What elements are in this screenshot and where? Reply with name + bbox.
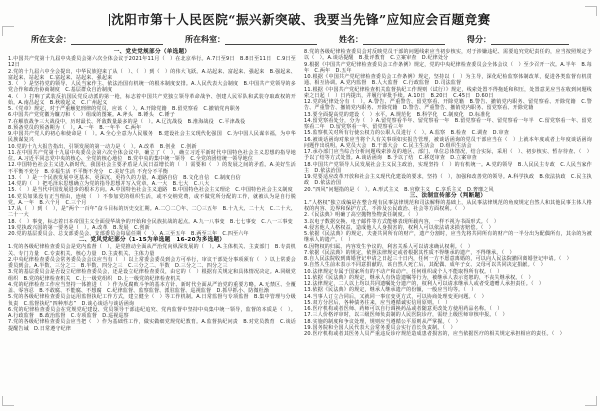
section-heading: 一、党史党规部分（单选题）	[8, 49, 296, 56]
question: 2.党的十九届六中全会提出，中华民族迎来了从（ ）、（ ）到（ ）的伟大飞跃。A…	[8, 69, 296, 82]
question: 16.被谈话函询对象应当将个人有关事项如实报告管理，被谈话函询的党员干部应当在（…	[304, 137, 592, 150]
question: 12.党的纪律处分有（ ）。A.警告、严重警告、留党察看、开除党籍 B.警告、撤…	[304, 99, 592, 112]
field-department-label: 所在科室：	[185, 34, 225, 45]
question: 3.（ ）是坚持党的领导、人民当家作主、依法治国有机统一的根本制度安排。A.人民…	[8, 81, 296, 94]
question: 11.在中国共产党第十九届中央委员会第六次全体会议中，确立了（ ），确立习近平新…	[8, 150, 296, 163]
question: 3.党的基层委员会是否设立纪律检查委员会，还是设立纪律检查委员，由它的（ ）根据…	[8, 269, 296, 282]
question: 18.（ ）事变，标志着日本帝国主义全面侵华战争的开始和全民族抗战的起点。A.九…	[8, 219, 296, 225]
quiz-sheet: 沈阳市第十人民医院“振兴新突破、我要当先锋”应知应会百题竞赛 所在支会： 所在科…	[0, 0, 600, 411]
page-title-text: 沈阳市第十人民医院“振兴新突破、我要当先锋”应知应会百题竞赛	[111, 12, 490, 27]
field-department: 所在科室：	[185, 34, 317, 45]
field-department-blank	[225, 35, 317, 45]
question: 8.党的各级纪律检查委员会对反映党员干部的问题线索应当初步核实，对于涉嫌违纪、需…	[304, 49, 592, 62]
question: 11.根据《中国共产党纪律检查机关监督执纪工作规则（试行）》规定，线索处置不得拖…	[304, 87, 592, 100]
question: 10.根据《中国共产党纪律检查委员会工作条例》规定，坚持以（ ）为主导，深化纪检…	[304, 74, 592, 87]
question: 4.（ ）打响了武装反抗国民党反动派的第一枪，标志着中国共产党独立领导革命战争、…	[8, 94, 296, 107]
question: 16.党员如果没有正当理由，连续（ ）不参加党的组织生活，或不交纳党费，或不做党…	[8, 194, 296, 207]
field-score: 得分：	[467, 34, 569, 45]
header-fields: 所在支会： 所在科室： 姓名： 得分：	[0, 34, 600, 45]
question: 1.党的各级纪律检查委员会是党内监督（ ），是党推动全面从严治党向纵深发展的（ …	[8, 244, 296, 257]
scan-corner-mark	[585, 396, 597, 406]
field-branch: 所在支会：	[31, 34, 163, 45]
question: 7.党的各级纪律检查委员会应当把（ ）作为基础性工作，做实做细党规党纪教育。A.…	[8, 319, 296, 332]
question: 12.中国特色社会主义进入新时代，我国社会主要矛盾是人民日益增长的（ ）需要和（…	[8, 162, 296, 175]
question: 6.党的纪律检查委员会在党规党纪建设、党员领导干部违纪追究、党内监督中坚持中央集…	[8, 307, 296, 320]
field-branch-blank	[71, 35, 163, 45]
question: 15.（ ）是当代中国发展进步的根本方向。A.中国特色社会主义道路 B.中国特色…	[8, 187, 296, 193]
field-name-label: 姓名：	[339, 34, 363, 45]
field-score-label: 得分：	[467, 34, 491, 45]
right-column: 8.党的各级纪律检查委员会对反映党员干部的问题线索应当初步核实，对于涉嫌违纪、需…	[304, 49, 592, 337]
question: 1.“人格权”独立成编是在整合现有民事法律规范和司法解释的基础上，从民事法律规范…	[304, 200, 592, 213]
question: 4.党的纪律检查工作应当坚持一体推进（ ）作为反腐败斗争的基本方针、新时代全面从…	[8, 282, 296, 295]
question: 14.留党察看处分，分为（ ）A.留党察看半年、留党察看一年 B.留党察看一年、…	[304, 118, 592, 131]
scan-corner-mark	[2, 396, 14, 406]
question: 1.中国共产党第十九届中央委员会第六次全体会议于2021年11月（ ）在北京举行…	[8, 56, 296, 69]
field-score-blank	[491, 35, 569, 45]
question: 17.承办部门应当综合分析问题线索涉及的地区、部门、单位总体情况，结合实际，采用…	[304, 149, 592, 162]
question: 5.党的各级纪律检查委员会运用监督执纪工作方式，建立健全（ ）等工作机制。A.日…	[8, 294, 296, 307]
left-column: 一、党史党规部分（单选题）1.中国共产党第十九届中央委员会第六次全体会议于202…	[8, 49, 296, 337]
field-name-blank	[363, 35, 445, 45]
question: 17.从（ ）到（ ），是“两个一百年”奋斗目标的历史交汇期。A.二〇二〇年、二…	[8, 206, 296, 219]
question: 19.党要适应改革开放和社会主义现代化建设的要求，坚持（ ），加强和改善党的领导…	[304, 174, 592, 187]
scan-corner-mark	[585, 6, 597, 16]
question: 9.根据《中国共产党纪律检查委员会工作条例》规定，党的中央纪律检查委员会全体会议…	[304, 62, 592, 75]
section-heading: 三、法制宣传部分（判断题）	[304, 193, 592, 200]
page-title: 沈阳市第十人民医院“振兴新突破、我要当先锋”应知应会百题竞赛	[30, 10, 570, 28]
field-branch-label: 所在支会：	[31, 34, 71, 45]
question: 9.中国共产党人的初心和使命是（ ）。A.全心全意为人民服务 B.建设社会主义现…	[8, 131, 296, 144]
question: 18.中国共产党领导人民发展社会主义民主政治，实现坚持（ ）的有机统一。A.党的…	[304, 162, 592, 175]
scan-corner-mark	[2, 26, 14, 36]
field-name: 姓名：	[339, 34, 445, 45]
question: 2.中央纪律检查委员会常务委员会会议应当有（ ）以上常委会委员到会方可举行，审议…	[8, 257, 296, 270]
question-columns: 一、党史党规部分（单选题）1.中国共产党第十九届中央委员会第六次全体会议于202…	[0, 45, 600, 337]
question: 5.依据《民法典》的规定，夫妻共同所有的财产，遗产分割时，应当先将共同所有的财产…	[304, 231, 592, 244]
question: 20.医疗机构或者其医务人员严重违反诊疗规范造成患者损害的，应当依据医疗的相关规…	[304, 331, 592, 337]
